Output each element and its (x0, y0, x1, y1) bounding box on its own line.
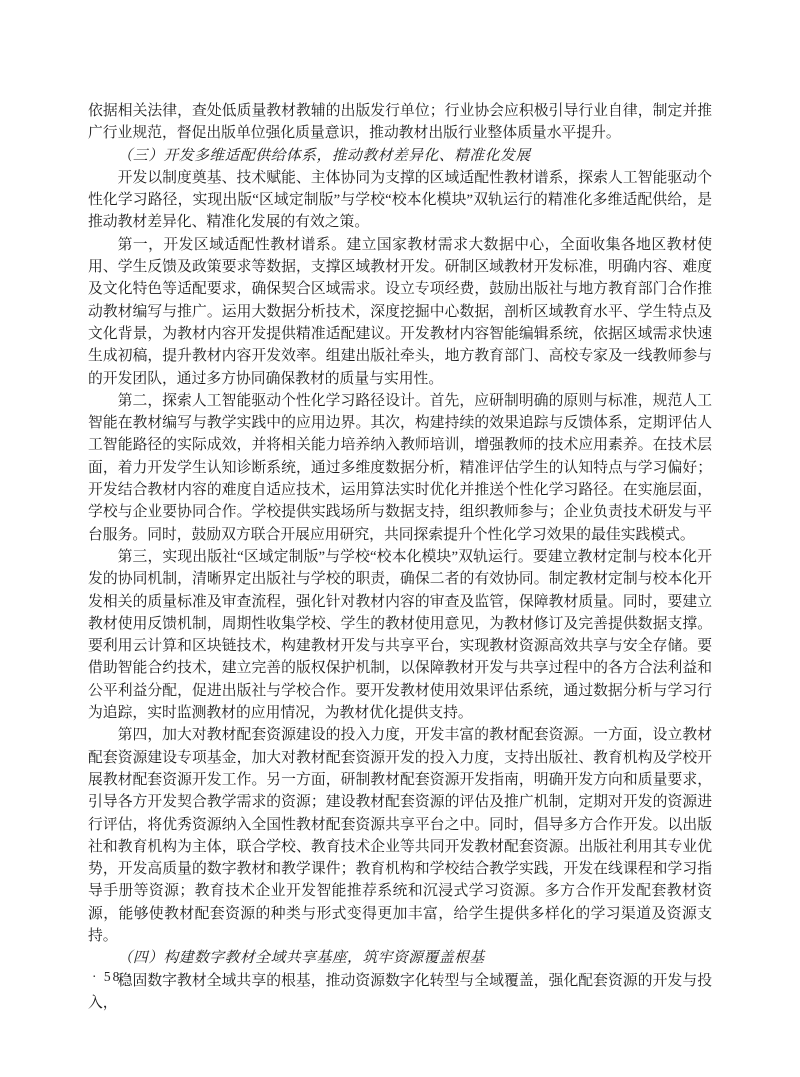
paragraph-continued-from-previous-page: 依据相关法律，查处低质量教材教辅的出版发行单位；行业协会应积极引导行业自律，制定… (88, 100, 712, 145)
section-heading-three: （三）开发多维适配供给体系，推动教材差异化、精准化发展 (88, 145, 712, 167)
paragraph-point-third: 第三，实现出版社“区域定制版”与学校“校本化模块”双轨运行。要建立教材定制与校本… (88, 546, 712, 724)
paragraph-section-overview: 开发以制度奠基、技术赋能、主体协同为支撑的区域适配性教材谱系，探索人工智能驱动个… (88, 167, 712, 234)
paragraph-point-second: 第二，探索人工智能驱动个性化学习路径设计。首先，应研制明确的原则与标准，规范人工… (88, 390, 712, 546)
paragraph-point-fourth: 第四，加大对教材配套资源建设的投入力度，开发丰富的教材配套资源。一方面，设立教材… (88, 724, 712, 947)
paragraph-final-truncated: 稳固数字教材全域共享的根基，推动资源数字化转型与全域覆盖，强化配套资源的开发与投… (88, 970, 712, 1015)
text-column: 依据相关法律，查处低质量教材教辅的出版发行单位；行业协会应积极引导行业自律，制定… (88, 100, 712, 1014)
paragraph-point-first: 第一，开发区域适配性教材谱系。建立国家教材需求大数据中心，全面收集各地区教材使用… (88, 234, 712, 390)
section-heading-four: （四）构建数字教材全域共享基座，筑牢资源覆盖根基 (88, 947, 712, 969)
document-page: 依据相关法律，查处低质量教材教辅的出版发行单位；行业协会应积极引导行业自律，制定… (0, 0, 800, 1077)
page-number: · 58 · (92, 969, 133, 985)
